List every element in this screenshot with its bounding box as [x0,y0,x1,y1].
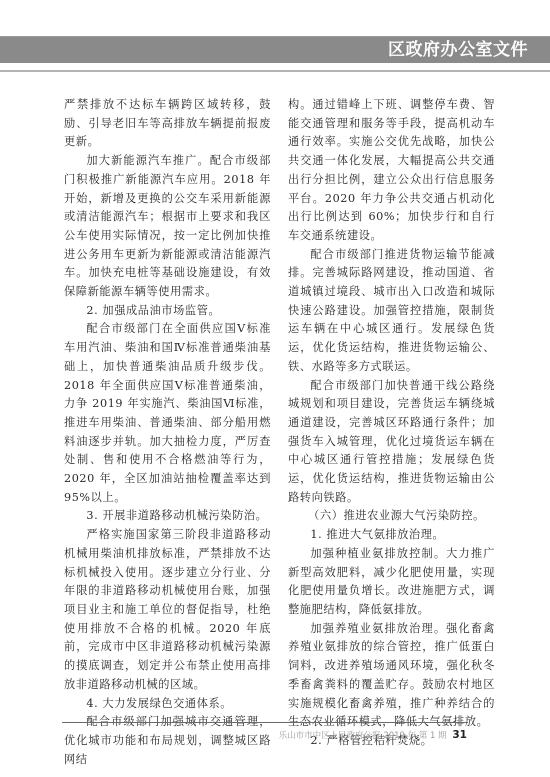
paragraph: 配合市级部门加快普通干线公路绕城规划和项目建设，完善货运车辆绕城通道建设，完善城… [288,377,495,508]
subheading: 4. 大力发展绿色交通体系。 [64,695,271,714]
section-title: 区政府办公室文件 [388,40,528,61]
subheading: 1. 推进大气氨排放治理。 [288,526,495,545]
paragraph: 加大新能源汽车推广。配合市级部门积极推广新能源汽车应用。2018 年开始，新增及… [64,152,271,302]
header-divider [0,70,550,72]
right-column: 构。通过错峰上下班、调整停车费、智能交通管理和服务等手段，提高机动车通行效率。实… [288,96,495,751]
section-banner: 区政府办公室文件 [0,36,550,63]
page-number: 31 [452,729,467,741]
subheading: 3. 开展非道路移动机械污染防治。 [64,507,271,526]
left-column: 严禁排放不达标车辆跨区域转移，鼓励、引导老旧车等高排放车辆提前报废更新。 加大新… [64,96,271,769]
paragraph: 加强养殖业氨排放治理。强化畜禽养殖业氨排放的综合管控，推广低蛋白饲料，改进养殖场… [288,620,495,732]
paragraph: 配合市级部门推进货物运输节能减排。完善城际路网建设，推动国道、省道城镇过境段、城… [288,246,495,377]
subheading: 2. 加强成品油市场监管。 [64,302,271,321]
paragraph: 严格实施国家第三阶段非道路移动机械用柴油机排放标准，严禁排放不达标机械投入使用。… [64,526,271,694]
publication-info: 乐山市市中区人民政府公报 2019 年 第 1 期 [279,731,447,741]
paragraph: 配合市级部门在全面供应国Ⅴ标准车用汽油、柴油和国Ⅳ标准普通柴油基础上，加快普通柴… [64,320,271,507]
section-heading: （六）推进农业源大气污染防控。 [288,507,495,526]
footer-divider [62,722,468,723]
paragraph: 加强种植业氨排放控制。大力推广新型高效肥料，减少化肥使用量，实现化肥使用量负增长… [288,545,495,620]
page-footer: 乐山市市中区人民政府公报 2019 年 第 1 期 31 [279,729,467,741]
paragraph: 构。通过错峰上下班、调整停车费、智能交通管理和服务等手段，提高机动车通行效率。实… [288,96,495,246]
paragraph: 严禁排放不达标车辆跨区域转移，鼓励、引导老旧车等高排放车辆提前报废更新。 [64,96,271,152]
